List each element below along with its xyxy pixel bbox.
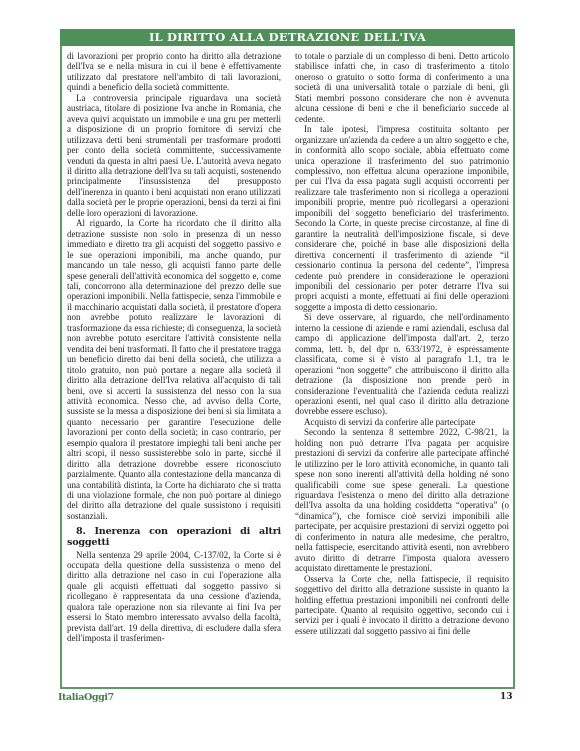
subheading-paragraph: Acquisto di servizi da conferire alle pa… bbox=[295, 417, 509, 427]
paragraph: to totale o parziale di un complesso di … bbox=[295, 51, 509, 124]
left-column: di lavorazioni per proprio conto ha diri… bbox=[67, 51, 281, 644]
paragraph: Si deve osservare, al riguardo, che nell… bbox=[295, 312, 509, 417]
magazine-page: IL DIRITTO ALLA DETRAZIONE DELL'IVA di l… bbox=[0, 0, 580, 751]
publication-logo: ItaliaOggi7 bbox=[58, 692, 114, 703]
paragraph: Al riguardo, la Corte ha ricordato che i… bbox=[67, 218, 281, 521]
paragraph: La controversia principale riguardava un… bbox=[67, 93, 281, 218]
page-title: IL DIRITTO ALLA DETRAZIONE DELL'IVA bbox=[60, 29, 515, 46]
right-column: to totale o parziale di un complesso di … bbox=[295, 51, 509, 636]
section-heading: 8. Inerenza con operazioni di altri sogg… bbox=[67, 527, 281, 548]
paragraph: Osserva la Corte che, nella fattispecie,… bbox=[295, 574, 509, 637]
paragraph: di lavorazioni per proprio conto ha diri… bbox=[67, 51, 281, 93]
paragraph: Secondo la sentenza 8 settembre 2022, C-… bbox=[295, 427, 509, 573]
paragraph: In tale ipotesi, l'impresa costituita so… bbox=[295, 124, 509, 312]
page-number: 13 bbox=[500, 692, 513, 702]
paragraph: Nella sentenza 29 aprile 2004, C-137/02,… bbox=[67, 550, 281, 644]
